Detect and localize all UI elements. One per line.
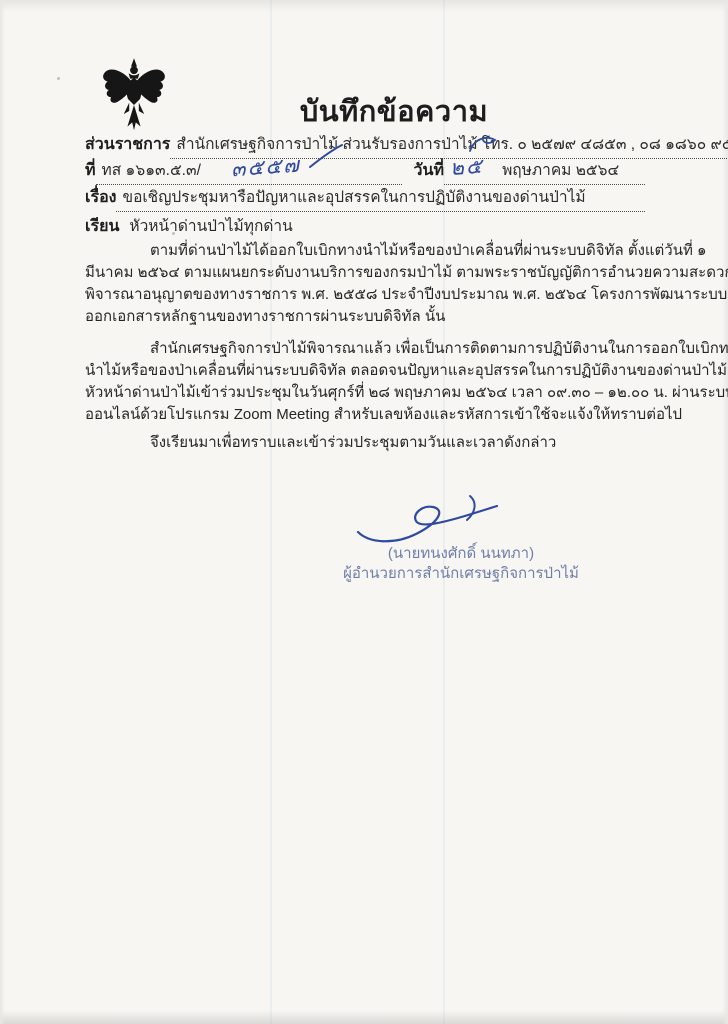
scan-edge-bottom (0, 1010, 728, 1024)
memo-title: บันทึกข้อความ (0, 88, 728, 134)
handwriting-flourish-icon (308, 143, 344, 169)
scan-edge-top (0, 0, 728, 12)
salutation-value: หัวหน้าด่านป่าไม้ทุกด่าน (129, 213, 292, 238)
salutation-line: เรียน หัวหน้าด่านป่าไม้ทุกด่าน (85, 213, 645, 239)
body-line: ออกเอกสารหลักฐานของทางราชการผ่านระบบดิจิ… (85, 306, 651, 327)
scan-edge-left (0, 0, 5, 1024)
body-line: ตามที่ด่านป่าไม้ได้ออกใบเบิกทางนำไม้หรือ… (150, 240, 651, 261)
body-line: สำนักเศรษฐกิจการป่าไม้พิจารณาแล้ว เพื่อเ… (150, 338, 651, 359)
body-line: พิจารณาอนุญาตของทางราชการ พ.ศ. ๒๕๕๘ ประจ… (85, 284, 651, 305)
agency-line: ส่วนราชการ สำนักเศรษฐกิจการป่าไม้ ส่วนรั… (85, 131, 645, 159)
body-line: หัวหน้าด่านป่าไม้เข้าร่วมประชุมในวันศุกร… (85, 382, 651, 403)
date-value-group: ๒๕ พฤษภาคม ๒๕๖๔ (444, 157, 645, 185)
date-handwritten: ๒๕ (449, 156, 484, 179)
signatory-name: (นายทนงศักดิ์ นนทภา) (388, 545, 534, 562)
salutation-label: เรียน (85, 214, 119, 239)
memo-page: บันทึกข้อความ ส่วนราชการ สำนักเศรษฐกิจกา… (0, 0, 728, 1024)
scan-speck (57, 77, 60, 80)
body-line: นำไม้หรือของป่าเคลื่อนที่ผ่านระบบดิจิทัล… (85, 360, 651, 381)
subject-label: เรื่อง (85, 185, 116, 210)
agency-value: สำนักเศรษฐกิจการป่าไม้ ส่วนรับรองการป่าไ… (170, 131, 728, 159)
date-label: วันที่ (414, 158, 444, 183)
body-line: ออนไลน์ด้วยโปรแกรม Zoom Meeting สำหรับเล… (85, 404, 651, 425)
subject-value: ขอเชิญประชุมหารือปัญหาและอุปสรรคในการปฏิ… (116, 184, 645, 212)
agency-label: ส่วนราชการ (85, 132, 170, 157)
signatory-position: ผู้อำนวยการสำนักเศรษฐกิจการป่าไม้ (318, 564, 604, 583)
signature-ink-icon (352, 490, 504, 548)
handwriting-curl-icon (468, 133, 498, 153)
number-date-line: ที่ ทส ๑๖๑๓.๕.๓/ ๓๕๕๗ วันที่ ๒๕ พฤษภาคม … (85, 157, 645, 185)
signatory-block: (นายทนงศักดิ์ นนทภา) ผู้อำนวยการสำนักเศร… (318, 544, 604, 583)
closing-line: จึงเรียนมาเพื่อทราบและเข้าร่วมประชุมตามว… (150, 432, 651, 453)
doc-number-label: ที่ (85, 158, 96, 183)
doc-number-handwritten: ๓๕๕๗ (231, 155, 302, 181)
body-line: มีนาคม ๒๕๖๔ ตามแผนยกระดับงานบริการของกรม… (85, 262, 651, 283)
doc-number-value: ทส ๑๖๑๓.๕.๓/ ๓๕๕๗ (96, 157, 402, 185)
subject-line: เรื่อง ขอเชิญประชุมหารือปัญหาและอุปสรรคใ… (85, 184, 645, 212)
date-value: พฤษภาคม ๒๕๖๔ (502, 162, 619, 179)
